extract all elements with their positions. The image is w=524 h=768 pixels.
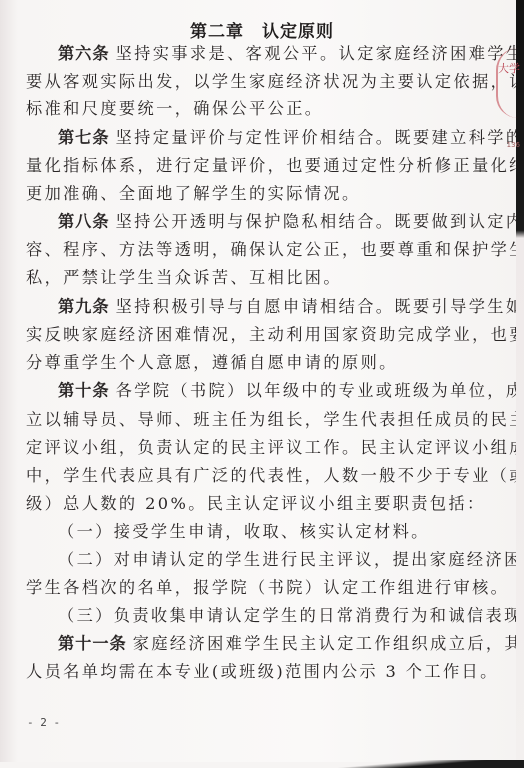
article-text: 家庭经济困难学生民主认定工作组织成立后，其 bbox=[133, 634, 523, 653]
article-10-item-2-line-2: 学生各档次的名单，报学院（书院）认定工作组进行审核。 bbox=[26, 578, 458, 598]
article-9-line-2: 实反映家庭经济困难情况，主动利用国家资助完成学业，也要充 bbox=[26, 325, 458, 345]
seal-code: 136 bbox=[507, 141, 520, 149]
document-page: 第二章 认定原则 第六条坚持实事求是、客观公平。认定家庭经济困难学生 要从客观实… bbox=[0, 0, 516, 762]
article-6-line-3: 标准和尺度要统一，确保公平公正。 bbox=[26, 99, 458, 119]
bottom-shadow bbox=[300, 760, 524, 768]
article-text: 各学院（书院）以年级中的专业或班级为单位，成 bbox=[116, 381, 524, 400]
article-6-line-1: 第六条坚持实事求是、客观公平。认定家庭经济困难学生 bbox=[58, 44, 458, 64]
article-text: 坚持实事求是、客观公平。认定家庭经济困难学生 bbox=[116, 44, 524, 63]
article-label: 第十条 bbox=[58, 381, 110, 400]
page-number: - 2 - bbox=[27, 716, 60, 729]
article-9-line-1: 第九条坚持积极引导与自愿申请相结合。既要引导学生如 bbox=[58, 297, 458, 317]
article-10-line-2: 立以辅导员、导师、班主任为组长，学生代表担任成员的民主认 bbox=[26, 410, 458, 430]
article-text: 坚持积极引导与自愿申请相结合。既要引导学生如 bbox=[116, 297, 524, 316]
article-text: 坚持公开透明与保护隐私相结合。既要做到认定内 bbox=[116, 212, 524, 231]
article-label: 第十一条 bbox=[58, 634, 127, 653]
article-label: 第八条 bbox=[58, 212, 110, 231]
article-11-line-1: 第十一条家庭经济困难学生民主认定工作组织成立后，其 bbox=[58, 634, 458, 654]
red-seal-stamp bbox=[496, 48, 518, 118]
article-11-line-2: 人员名单均需在本专业(或班级)范围内公示 3 个工作日。 bbox=[26, 662, 458, 682]
article-6-line-2: 要从客观实际出发，以学生家庭经济状况为主要认定依据，认定 bbox=[26, 72, 458, 92]
article-7-line-3: 更加准确、全面地了解学生的实际情况。 bbox=[26, 184, 458, 204]
article-label: 第七条 bbox=[58, 128, 110, 147]
article-8-line-2: 容、程序、方法等透明，确保认定公正，也要尊重和保护学生隐 bbox=[26, 240, 458, 260]
article-10-item-3: （三）负责收集申请认定学生的日常消费行为和诚信表现。 bbox=[58, 606, 458, 626]
article-9-line-3: 分尊重学生个人意愿，遵循自愿申请的原则。 bbox=[26, 353, 458, 373]
article-8-line-3: 私，严禁让学生当众诉苦、互相比困。 bbox=[26, 268, 458, 288]
article-8-line-1: 第八条坚持公开透明与保护隐私相结合。既要做到认定内 bbox=[58, 212, 458, 232]
article-7-line-2: 量化指标体系，进行定量评价，也要通过定性分析修正量化结果， bbox=[26, 156, 458, 176]
article-label: 第九条 bbox=[58, 297, 110, 316]
article-10-line-1: 第十条各学院（书院）以年级中的专业或班级为单位，成 bbox=[58, 381, 458, 401]
article-10-item-1: （一）接受学生申请，收取、核实认定材料。 bbox=[58, 522, 458, 542]
article-7-line-1: 第七条坚持定量评价与定性评价相结合。既要建立科学的 bbox=[58, 128, 458, 148]
article-label: 第六条 bbox=[58, 44, 110, 63]
article-10-line-3: 定评议小组，负责认定的民主评议工作。民主认定评议小组成员 bbox=[26, 438, 458, 458]
seal-text: 大学 bbox=[498, 60, 520, 76]
chapter-title: 第二章 认定原则 bbox=[0, 17, 524, 42]
article-10-line-5: 级）总人数的 20%。民主认定评议小组主要职责包括： bbox=[26, 494, 458, 514]
article-10-line-4: 中，学生代表应具有广泛的代表性，人数一般不少于专业（或班 bbox=[26, 466, 458, 486]
article-text: 坚持定量评价与定性评价相结合。既要建立科学的 bbox=[116, 128, 524, 147]
article-10-item-2-line-1: （二）对申请认定的学生进行民主评议，提出家庭经济困难 bbox=[58, 550, 458, 570]
